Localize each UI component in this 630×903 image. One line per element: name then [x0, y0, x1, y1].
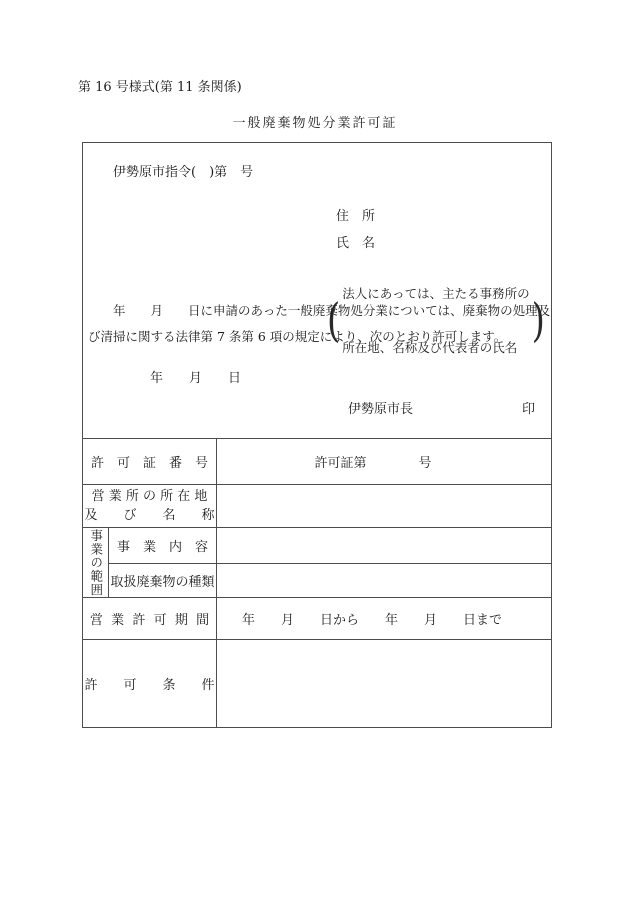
business-scope-vertical-label: 事業の範囲 [89, 529, 102, 597]
waste-type-row: 取扱廃棄物の種類 [109, 563, 551, 597]
office-location-label: 営 業 所 の 所 在 地 及 び 名 称 [83, 485, 217, 527]
address-label: 住 所 [336, 205, 375, 224]
permit-period-row: 営 業 許 可 期 間 年 月 日から 年 月 日まで [83, 598, 551, 640]
business-scope-subrows: 事 業 内 容 取扱廃棄物の種類 [109, 528, 551, 597]
permit-box: 伊勢原市指令( )第 号 住 所 氏 名 ( 法人にあっては、主たる事務所の 所… [82, 142, 552, 728]
permit-conditions-label: 許 可 条 件 [83, 640, 217, 727]
office-location-row: 営 業 所 の 所 在 地 及 び 名 称 [83, 485, 551, 528]
waste-type-value-cell [217, 564, 551, 597]
business-content-label: 事 業 内 容 [109, 528, 217, 563]
office-location-value-cell [217, 485, 551, 527]
document-title: 一般廃棄物処分業許可証 [0, 112, 630, 131]
form-table: 許 可 証 番 号 許可証第 号 営 業 所 の 所 在 地 及 び 名 称 事… [83, 438, 551, 727]
business-content-row: 事 業 内 容 [109, 528, 551, 563]
directive-number-line: 伊勢原市指令( )第 号 [113, 161, 253, 180]
permit-period-label: 営 業 許 可 期 間 [83, 598, 217, 639]
business-scope-group-label-cell: 事業の範囲 [83, 528, 109, 597]
issue-date-line: 年 月 日 [150, 367, 241, 386]
application-paragraph-line-2: び清掃に関する法律第 7 条第 6 項の規定により、次のとおり許可します。 [88, 327, 506, 345]
office-location-label-line-2: 及 び 名 称 [84, 506, 214, 525]
permit-number-value: 許可証第 号 [217, 439, 551, 484]
permit-number-row: 許 可 証 番 号 許可証第 号 [83, 439, 551, 485]
form-number: 第 16 号様式(第 11 条関係) [78, 76, 242, 95]
office-location-label-line-1: 営 業 所 の 所 在 地 [92, 487, 208, 506]
application-paragraph-line-1: 年 月 日に申請のあった一般廃棄物処分業については、廃棄物の処理及 [88, 301, 550, 319]
mayor-name: 伊勢原市長 [348, 398, 413, 417]
permit-number-label: 許 可 証 番 号 [83, 439, 217, 484]
corporate-note-text: 法人にあっては、主たる事務所の 所在地、名称及び代表者の氏名 [342, 249, 529, 393]
corporate-note: ( 法人にあっては、主たる事務所の 所在地、名称及び代表者の氏名 ) [327, 249, 545, 393]
waste-type-label: 取扱廃棄物の種類 [109, 564, 217, 597]
business-content-value-cell [217, 528, 551, 563]
business-scope-group-row: 事業の範囲 事 業 内 容 取扱廃棄物の種類 [83, 528, 551, 598]
permit-conditions-value-cell [217, 640, 551, 727]
permit-period-value: 年 月 日から 年 月 日まで [217, 598, 551, 639]
seal-mark: 印 [522, 398, 535, 417]
document-page: 第 16 号様式(第 11 条関係) 一般廃棄物処分業許可証 伊勢原市指令( )… [0, 0, 630, 903]
permit-conditions-row: 許 可 条 件 [83, 640, 551, 727]
